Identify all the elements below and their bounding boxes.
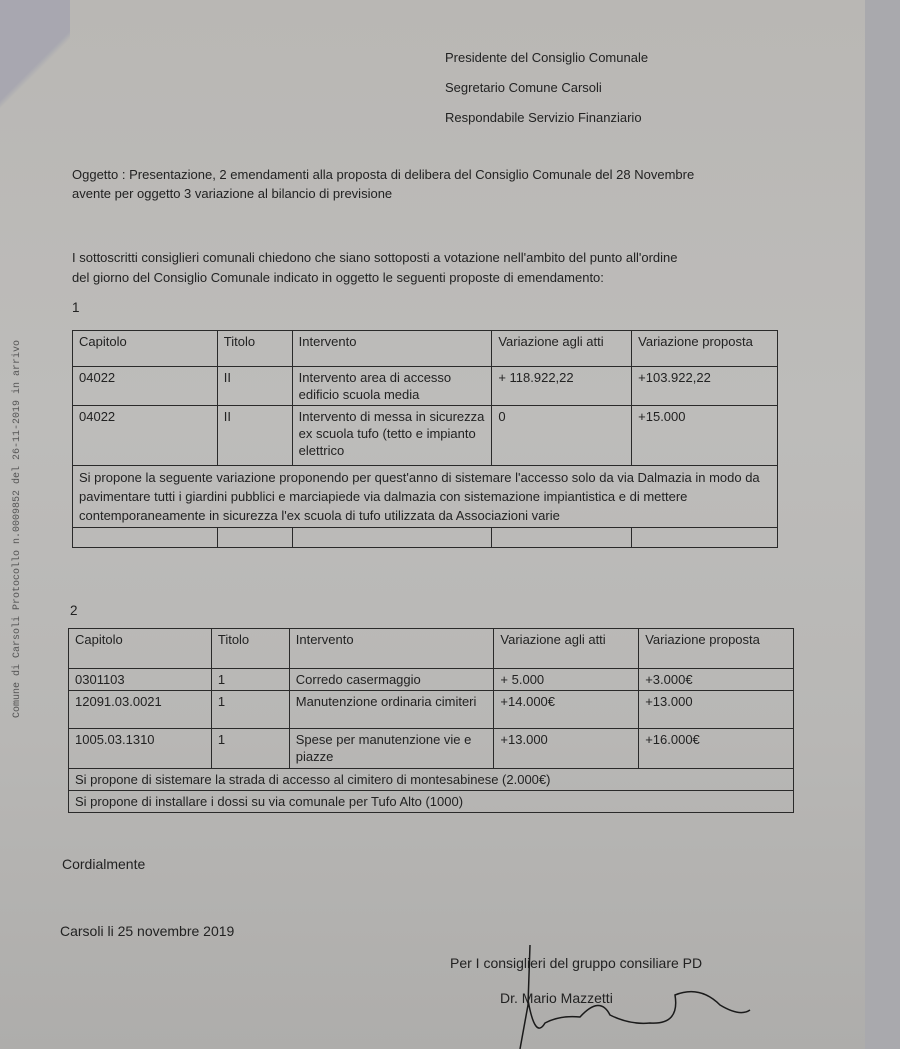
recipient-president: Presidente del Consiglio Comunale <box>445 50 648 65</box>
cell-titolo: 1 <box>211 669 289 691</box>
header-titolo: Titolo <box>211 629 289 669</box>
table-row: 04022 II Intervento di messa in sicurezz… <box>73 406 778 466</box>
cell-intervento: Spese per manutenzione vie e piazze <box>289 729 494 769</box>
cell-variazione-atti: +14.000€ <box>494 691 639 729</box>
cell-intervento: Intervento di messa in sicurezza ex scuo… <box>292 406 492 466</box>
cell-intervento: Manutenzione ordinaria cimiteri <box>289 691 494 729</box>
cell-intervento: Intervento area di accesso edificio scuo… <box>292 367 492 406</box>
empty-cell <box>73 528 218 548</box>
place-date: Carsoli li 25 novembre 2019 <box>60 923 234 939</box>
header-capitolo: Capitolo <box>73 331 218 367</box>
cell-variazione-atti: + 118.922,22 <box>492 367 632 406</box>
header-intervento: Intervento <box>292 331 492 367</box>
protocol-stamp-text: Comune di Carsoli Protocollo n.0009852 d… <box>12 340 23 718</box>
header-variazione-proposta: Variazione proposta <box>639 629 794 669</box>
table-row: 12091.03.0021 1 Manutenzione ordinaria c… <box>69 691 794 729</box>
header-titolo: Titolo <box>217 331 292 367</box>
cell-titolo: 1 <box>211 729 289 769</box>
intro-line-2: del giorno del Consiglio Comunale indica… <box>72 270 604 285</box>
empty-cell <box>217 528 292 548</box>
subject-line-2: avente per oggetto 3 variazione al bilan… <box>72 186 392 201</box>
cell-intervento: Corredo casermaggio <box>289 669 494 691</box>
recipient-finance: Respondabile Servizio Finanziario <box>445 110 642 125</box>
table-row: 04022 II Intervento area di accesso edif… <box>73 367 778 406</box>
closing: Cordialmente <box>62 856 145 872</box>
amendment-2-note-1: Si propone di sistemare la strada di acc… <box>69 769 794 791</box>
cell-titolo: II <box>217 367 292 406</box>
cell-variazione-proposta: +103.922,22 <box>632 367 778 406</box>
subject-line-1: Oggetto : Presentazione, 2 emendamenti a… <box>72 167 694 182</box>
amendment-2-number: 2 <box>70 603 78 618</box>
note-row: Si propone la seguente variazione propon… <box>73 466 778 528</box>
table-header-row: Capitolo Titolo Intervento Variazione ag… <box>69 629 794 669</box>
note-row: Si propone di sistemare la strada di acc… <box>69 769 794 791</box>
cell-capitolo: 1005.03.1310 <box>69 729 212 769</box>
amendment-2-note-2: Si propone di installare i dossi su via … <box>69 791 794 813</box>
amendment-1-number: 1 <box>72 300 80 315</box>
cell-capitolo: 12091.03.0021 <box>69 691 212 729</box>
intro-line-1: I sottoscritti consiglieri comunali chie… <box>72 250 677 265</box>
amendment-1-note: Si propone la seguente variazione propon… <box>73 466 778 528</box>
amendment-1-table: Capitolo Titolo Intervento Variazione ag… <box>72 330 778 548</box>
handwritten-signature-icon <box>500 945 800 1049</box>
cell-capitolo: 04022 <box>73 406 218 466</box>
header-capitolo: Capitolo <box>69 629 212 669</box>
header-variazione-proposta: Variazione proposta <box>632 331 778 367</box>
cell-variazione-atti: 0 <box>492 406 632 466</box>
cell-titolo: II <box>217 406 292 466</box>
note-row: Si propone di installare i dossi su via … <box>69 791 794 813</box>
empty-cell <box>632 528 778 548</box>
cell-variazione-atti: +13.000 <box>494 729 639 769</box>
protocol-stamp: Comune di Carsoli Protocollo n.0009852 d… <box>0 320 18 720</box>
header-variazione-atti: Variazione agli atti <box>492 331 632 367</box>
header-intervento: Intervento <box>289 629 494 669</box>
empty-cell <box>292 528 492 548</box>
empty-row <box>73 528 778 548</box>
cell-variazione-proposta: +16.000€ <box>639 729 794 769</box>
cell-titolo: 1 <box>211 691 289 729</box>
cell-variazione-proposta: +3.000€ <box>639 669 794 691</box>
page-fold-shadow <box>0 0 70 140</box>
cell-variazione-atti: + 5.000 <box>494 669 639 691</box>
table-header-row: Capitolo Titolo Intervento Variazione ag… <box>73 331 778 367</box>
cell-variazione-proposta: +15.000 <box>632 406 778 466</box>
cell-variazione-proposta: +13.000 <box>639 691 794 729</box>
header-variazione-atti: Variazione agli atti <box>494 629 639 669</box>
cell-capitolo: 0301103 <box>69 669 212 691</box>
cell-capitolo: 04022 <box>73 367 218 406</box>
table-row: 1005.03.1310 1 Spese per manutenzione vi… <box>69 729 794 769</box>
table-row: 0301103 1 Corredo casermaggio + 5.000 +3… <box>69 669 794 691</box>
amendment-2-table: Capitolo Titolo Intervento Variazione ag… <box>68 628 794 813</box>
empty-cell <box>492 528 632 548</box>
recipient-secretary: Segretario Comune Carsoli <box>445 80 602 95</box>
